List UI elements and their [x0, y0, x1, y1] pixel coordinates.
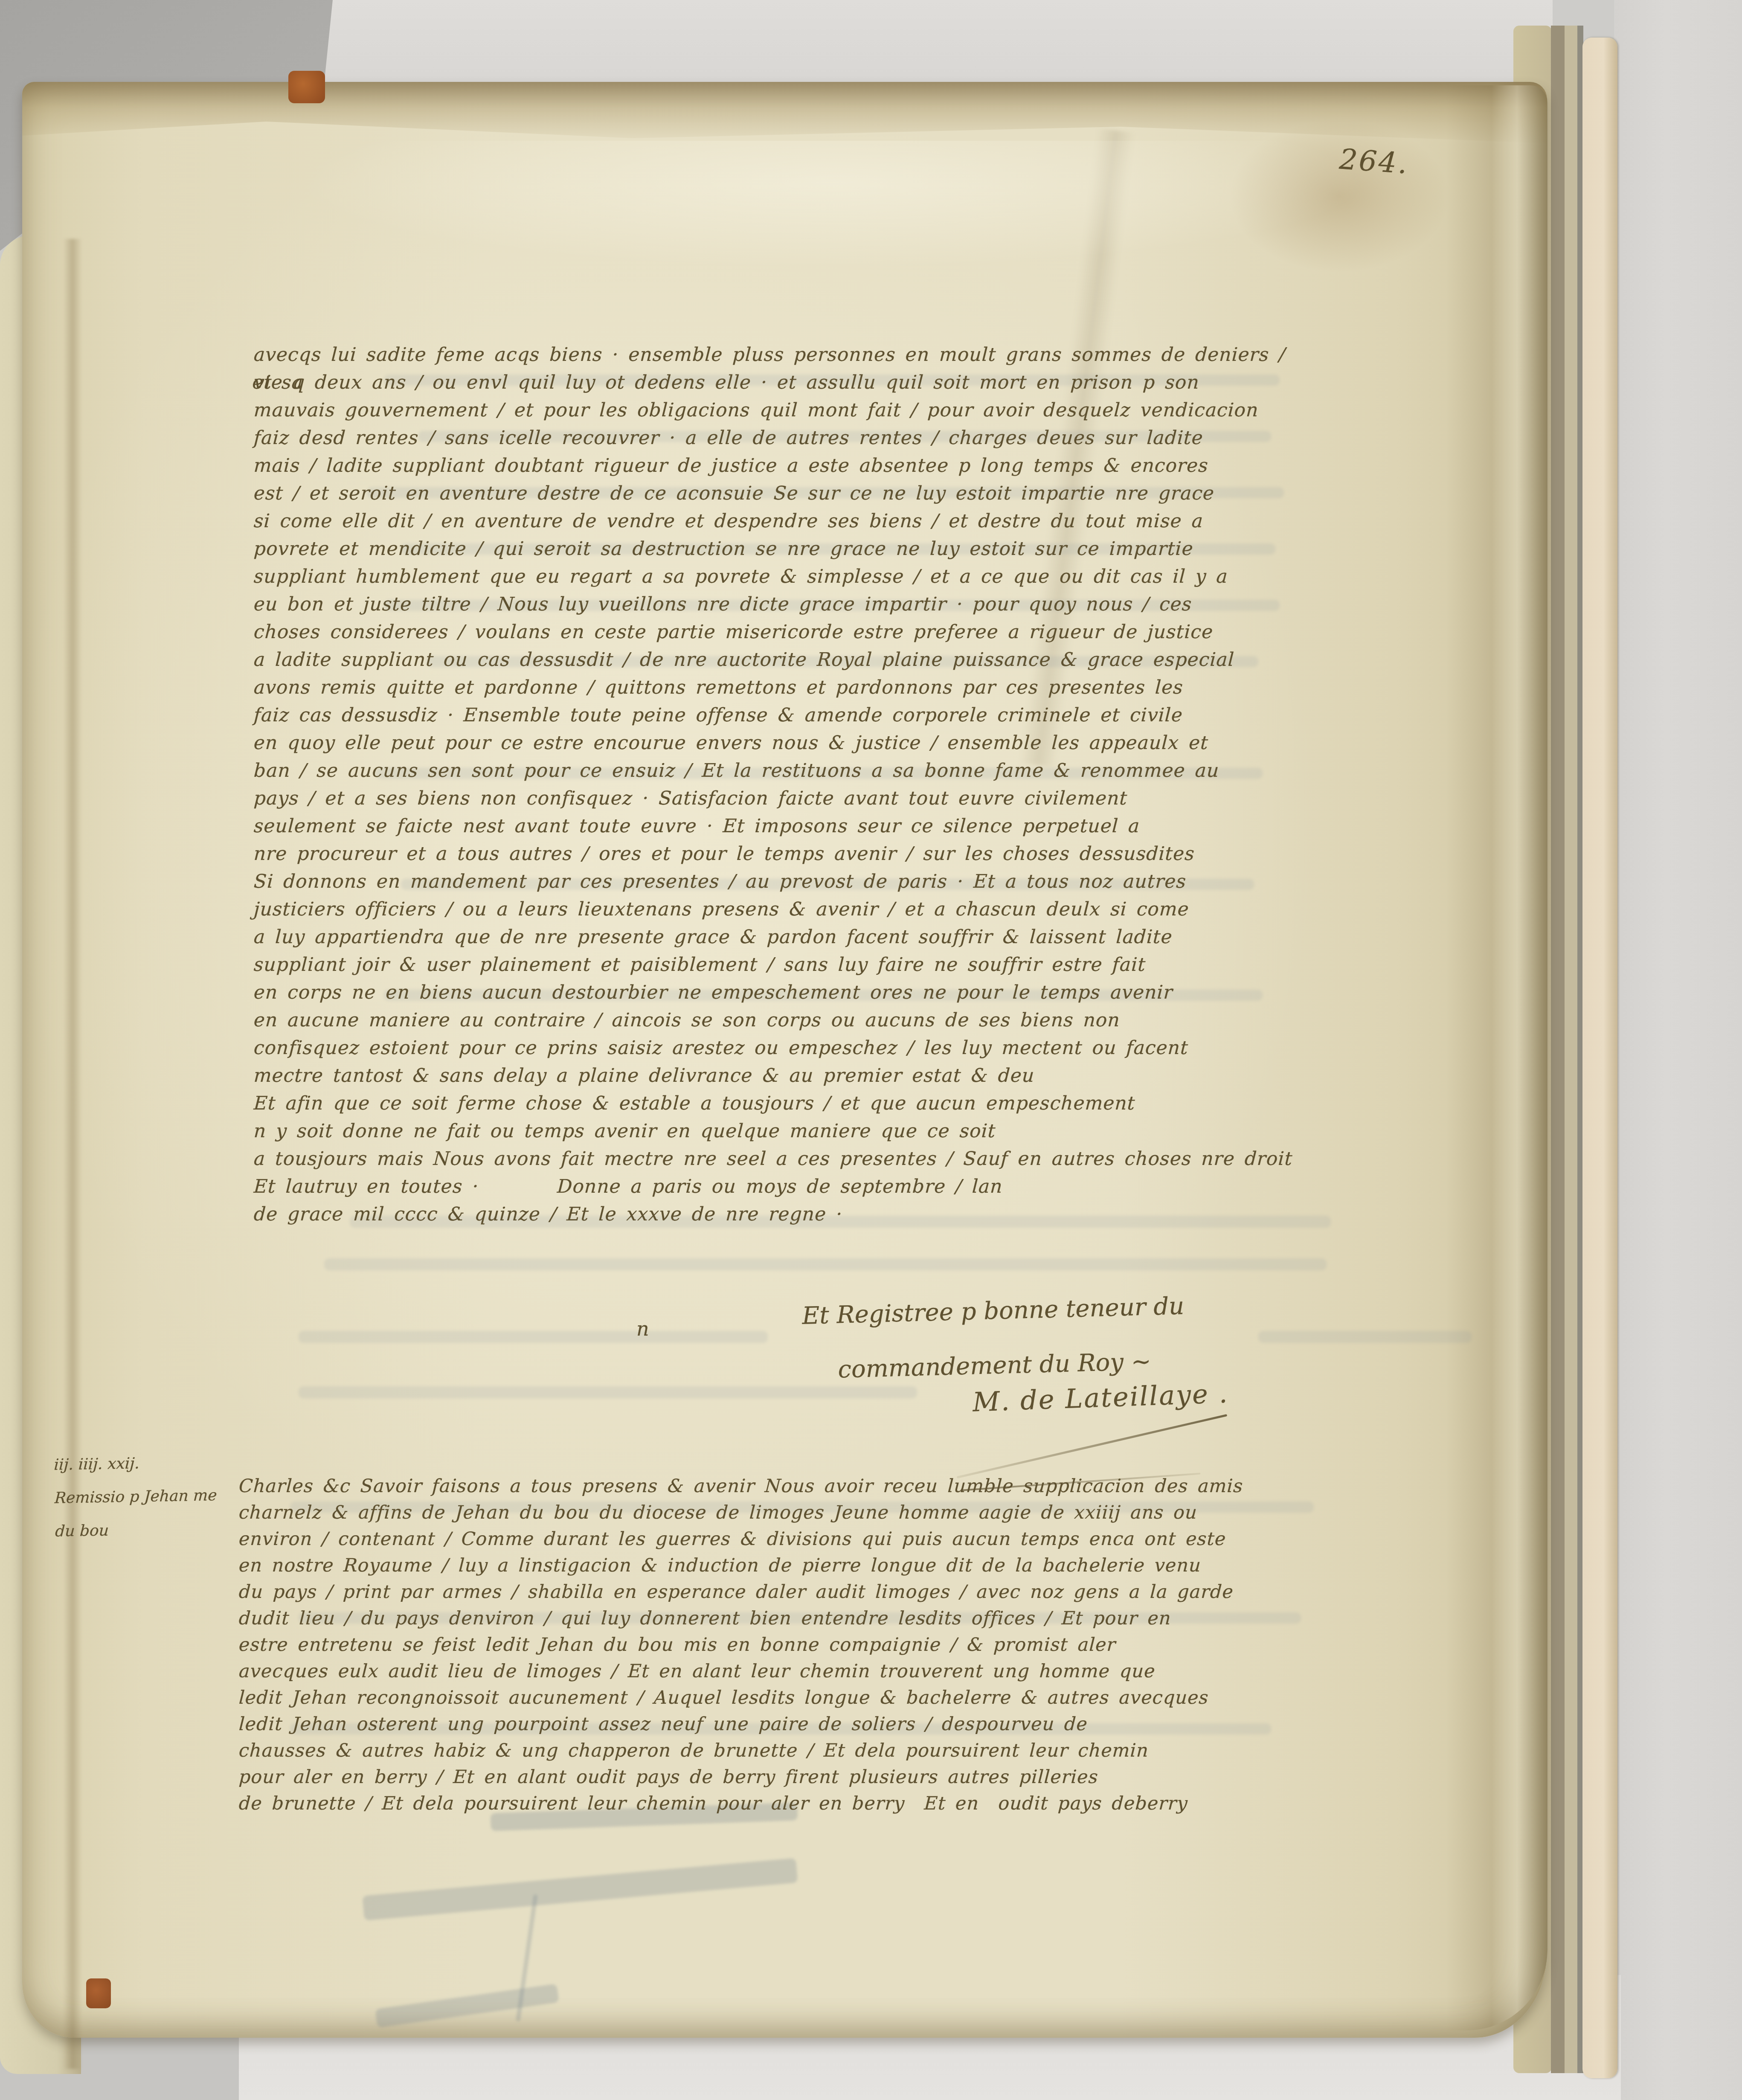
manuscript-line: environ / contenant / Comme durant les g… — [238, 1526, 1289, 1552]
registration-note: Et Registree p bonne teneur du commandem… — [630, 1275, 1358, 1403]
manuscript-line: estre entretenu se feist ledit Jehan du … — [238, 1632, 1289, 1658]
lower-text-block: Charles &c Savoir faisons a tous presens… — [239, 1449, 1288, 1817]
manuscript-line: avecques eulx audit lieu de limoges / Et… — [238, 1658, 1289, 1685]
manuscript-line: en nostre Royaume / luy a linstigacion &… — [238, 1552, 1289, 1579]
manuscript-line: pour aler en berry / Et en alant oudit p… — [238, 1764, 1289, 1790]
margin-note-line: Remissio p Jehan me — [54, 1478, 239, 1515]
manuscript-line: Et lautruy en toutes · Donne a paris ou … — [253, 1173, 1295, 1200]
folio-edge-stack-5 — [1582, 38, 1617, 2078]
manuscript-line: seulement se faicte nest avant toute euv… — [253, 812, 1295, 840]
manuscript-line: justiciers officiers / ou a leurs lieuxt… — [253, 895, 1295, 923]
manuscript-line: vie q deux ans / ou envl quil luy ot ded… — [253, 369, 1295, 396]
manuscript-line: Charles &c Savoir faisons a tous presens… — [238, 1473, 1289, 1499]
manuscript-line: mauvais gouvernement / et pour les oblig… — [253, 396, 1295, 424]
manuscript-line: chausses & autres habiz & ung chapperon … — [238, 1737, 1289, 1764]
gutter-fold-shadow — [63, 239, 82, 2069]
manuscript-line: a ladite suppliant ou cas dessusdit / de… — [253, 646, 1295, 674]
folio-edge-stack-3 — [1565, 26, 1578, 2073]
registration-mark: n — [636, 1317, 649, 1340]
manuscript-line: mais / ladite suppliant doubtant rigueur… — [253, 452, 1295, 479]
manuscript-line: en quoy elle peut pour ce estre encourue… — [253, 729, 1295, 757]
manuscript-line: ledit Jehan osterent ung pourpoint assez… — [238, 1711, 1289, 1737]
manuscript-line: en aucune maniere au contraire / aincois… — [253, 1006, 1295, 1034]
binding-leather-top — [288, 71, 325, 103]
parchment-right-curl — [1446, 85, 1547, 2030]
margin-note-line: du bou — [54, 1512, 239, 1548]
margin-note: iij. iiij. xxij.Remissio p Jehan medu bo… — [54, 1445, 239, 1548]
manuscript-line: suppliant joir & user plainement et pais… — [253, 951, 1295, 979]
manuscript-line: pays / et a ses biens non confisquez · S… — [253, 784, 1295, 812]
manuscript-line: avons remis quitte et pardonne / quitton… — [253, 674, 1295, 701]
manuscript-line: du pays / print par armes / shabilla en … — [238, 1579, 1289, 1605]
manuscript-line: ban / se aucuns sen sont pour ce ensuiz … — [253, 757, 1295, 784]
manuscript-line: choses considerees / voulans en ceste pa… — [253, 618, 1295, 646]
manuscript-line: Et afin que ce soit ferme chose & establ… — [253, 1089, 1295, 1117]
manuscript-line: Si donnons en mandement par ces presente… — [253, 868, 1295, 895]
manuscript-line: dudit lieu / du pays denviron / qui luy … — [238, 1605, 1289, 1632]
manuscript-line: mectre tantost & sans delay a plaine del… — [253, 1062, 1295, 1089]
manuscript-line: confisquez estoient pour ce prins saisiz… — [253, 1034, 1295, 1062]
manuscript-line: faiz cas dessusdiz · Ensemble toute pein… — [253, 701, 1295, 729]
manuscript-line: a luy appartiendra que de nre presente g… — [253, 923, 1295, 951]
main-text-block: avecqs lui sadite feme acqs biens · ense… — [254, 317, 1295, 1228]
manuscript-line: est / et seroit en aventure destre de ce… — [253, 479, 1295, 507]
manuscript-line: en corps ne en biens aucun destourbier n… — [253, 979, 1295, 1006]
manuscript-line: de brunette / Et dela poursuirent leur c… — [238, 1790, 1289, 1817]
manuscript-line: avecqs lui sadite feme acqs biens · ense… — [253, 341, 1295, 369]
manuscript-line: eu bon et juste tiltre / Nous luy vueill… — [253, 590, 1295, 618]
parchment-wrinkle-highlight — [299, 141, 1365, 282]
manuscript-line: a tousjours mais Nous avons fait mectre … — [253, 1145, 1295, 1173]
manuscript-line: de grace mil cccc & quinze / Et le xxxve… — [253, 1200, 1295, 1228]
folio-edge-stack-2 — [1551, 26, 1565, 2073]
manuscript-line: nre procureur et a tous autres / ores et… — [253, 840, 1295, 868]
scanner-background-right — [1614, 0, 1742, 2100]
folio-number: 264. — [1338, 142, 1410, 180]
manuscript-line: faiz desd rentes / sans icelle recouvrer… — [253, 424, 1295, 452]
manuscript-line: ledit Jehan recongnoissoit aucunement / … — [238, 1685, 1289, 1711]
manuscript-line: charnelz & affins de Jehan du bou du dio… — [238, 1499, 1289, 1526]
binding-leather-bottom — [86, 1978, 111, 2008]
manuscript-line: suppliant humblement que eu regart a sa … — [253, 563, 1295, 590]
manuscript-line: n y soit donne ne fait ou temps avenir e… — [253, 1117, 1295, 1145]
verso-showthrough — [324, 1258, 1327, 1270]
margin-note-line: iij. iiij. xxij. — [53, 1445, 238, 1482]
manuscript-scan-photo: 264. avecqs lui sadite feme acqs biens ·… — [0, 0, 1742, 2100]
manuscript-line: povrete et mendicite / qui seroit sa des… — [253, 535, 1295, 563]
manuscript-line: si come elle dit / en aventure de vendre… — [253, 507, 1295, 535]
